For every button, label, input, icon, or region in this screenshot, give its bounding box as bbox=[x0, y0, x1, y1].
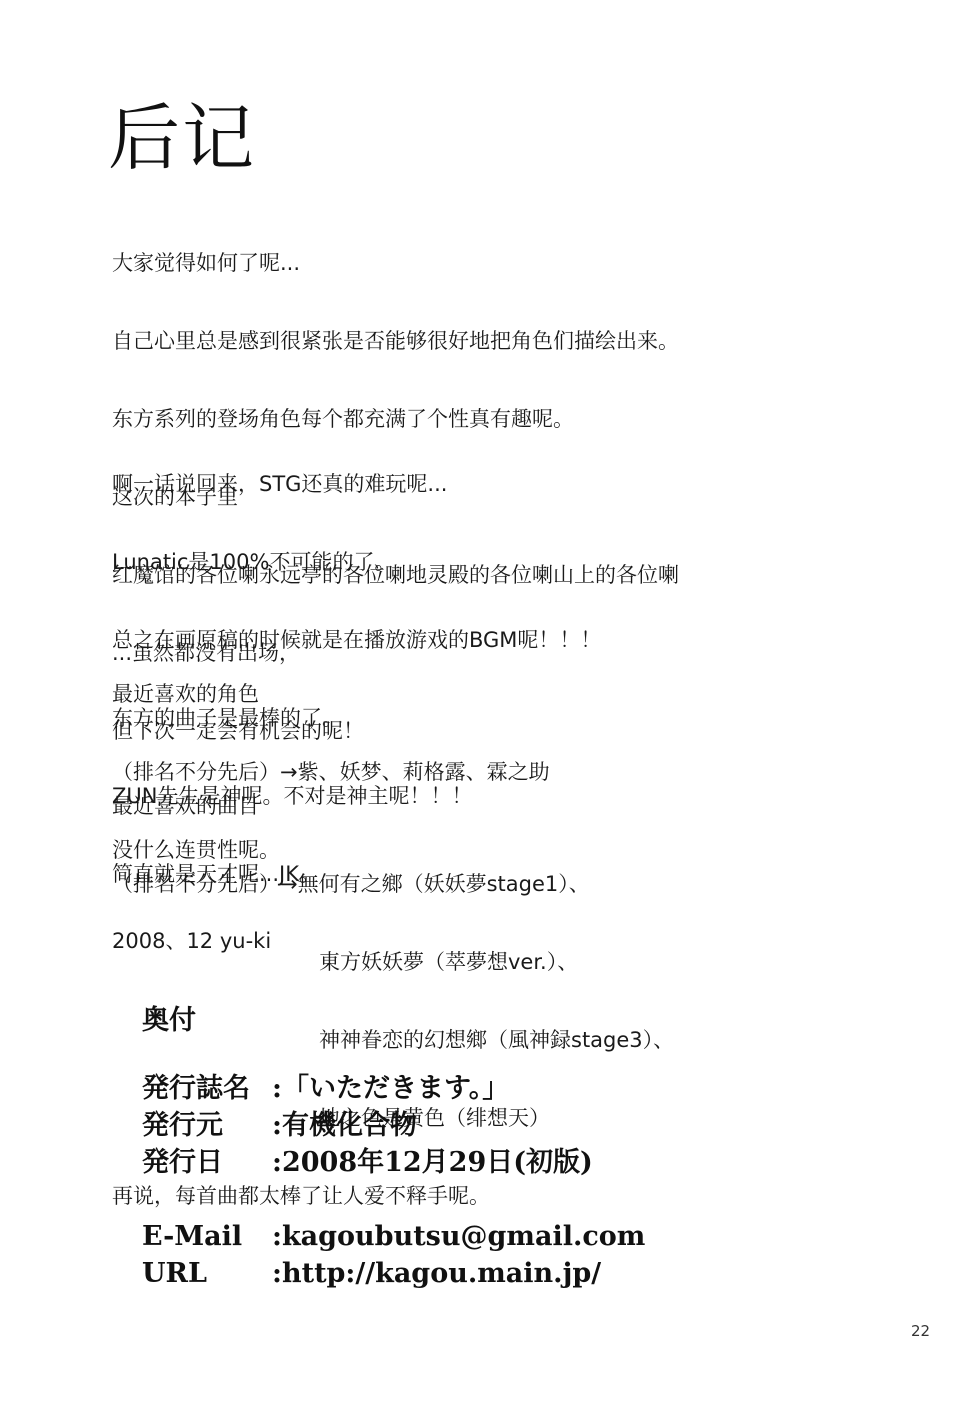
colophon-value: :2008年12月29日(初版) bbox=[272, 1144, 593, 1181]
colophon-publication-info: 発行誌名:「いただきます。」 発行元:有機化合物 発行日:2008年12月29日… bbox=[142, 1070, 593, 1181]
colophon-row-title: 発行誌名:「いただきます。」 bbox=[142, 1070, 593, 1107]
colophon-label: E-Mail bbox=[142, 1218, 272, 1255]
colophon-row-url: URL:http://kagou.main.jp/ bbox=[142, 1255, 645, 1292]
colophon-row-date: 発行日:2008年12月29日(初版) bbox=[142, 1144, 593, 1181]
colophon-contact: E-Mail:kagoubutsu@gmail.com URL:http://k… bbox=[142, 1218, 645, 1292]
signature: 2008、12 yu-ki bbox=[112, 928, 271, 954]
colophon-row-email: E-Mail:kagoubutsu@gmail.com bbox=[142, 1218, 645, 1255]
favorite-songs-first: （排名不分先后）→無何有之鄉（妖妖夢stage1）、 bbox=[112, 871, 674, 897]
colophon-label: 発行日 bbox=[142, 1144, 272, 1181]
colophon-row-publisher: 発行元:有機化合物 bbox=[142, 1107, 593, 1144]
website-url: :http://kagou.main.jp/ bbox=[272, 1255, 601, 1292]
afterword-title: 后记 bbox=[108, 98, 256, 178]
page-number: 22 bbox=[911, 1322, 930, 1340]
colophon-label: URL bbox=[142, 1255, 272, 1292]
favorite-songs-heading: 最近喜欢的曲目 bbox=[112, 793, 674, 819]
colophon-title: 奥付 bbox=[142, 998, 196, 1037]
favorite-characters-heading: 最近喜欢的角色 bbox=[112, 681, 550, 707]
colophon-label: 発行元 bbox=[142, 1107, 272, 1144]
text-line: 大家觉得如何了呢... bbox=[112, 250, 679, 276]
favorite-song-item: 神神眷恋的幻想鄉（風神録stage3）、 bbox=[112, 1027, 674, 1053]
text-line: Lunatic是100%不可能的了。 bbox=[112, 549, 601, 575]
colophon-label: 発行誌名 bbox=[142, 1070, 272, 1107]
text-line: 啊一话说回来，STG还真的难玩呢... bbox=[112, 471, 601, 497]
favorite-songs-comment: 再说，每首曲都太棒了让人爱不释手呢。 bbox=[112, 1183, 674, 1209]
text-line: 自己心里总是感到很紧张是否能够很好地把角色们描绘出来。 bbox=[112, 328, 679, 354]
colophon-value: :有機化合物 bbox=[272, 1107, 417, 1144]
email-address: :kagoubutsu@gmail.com bbox=[272, 1218, 645, 1255]
colophon-value: :「いただきます。」 bbox=[272, 1070, 509, 1107]
